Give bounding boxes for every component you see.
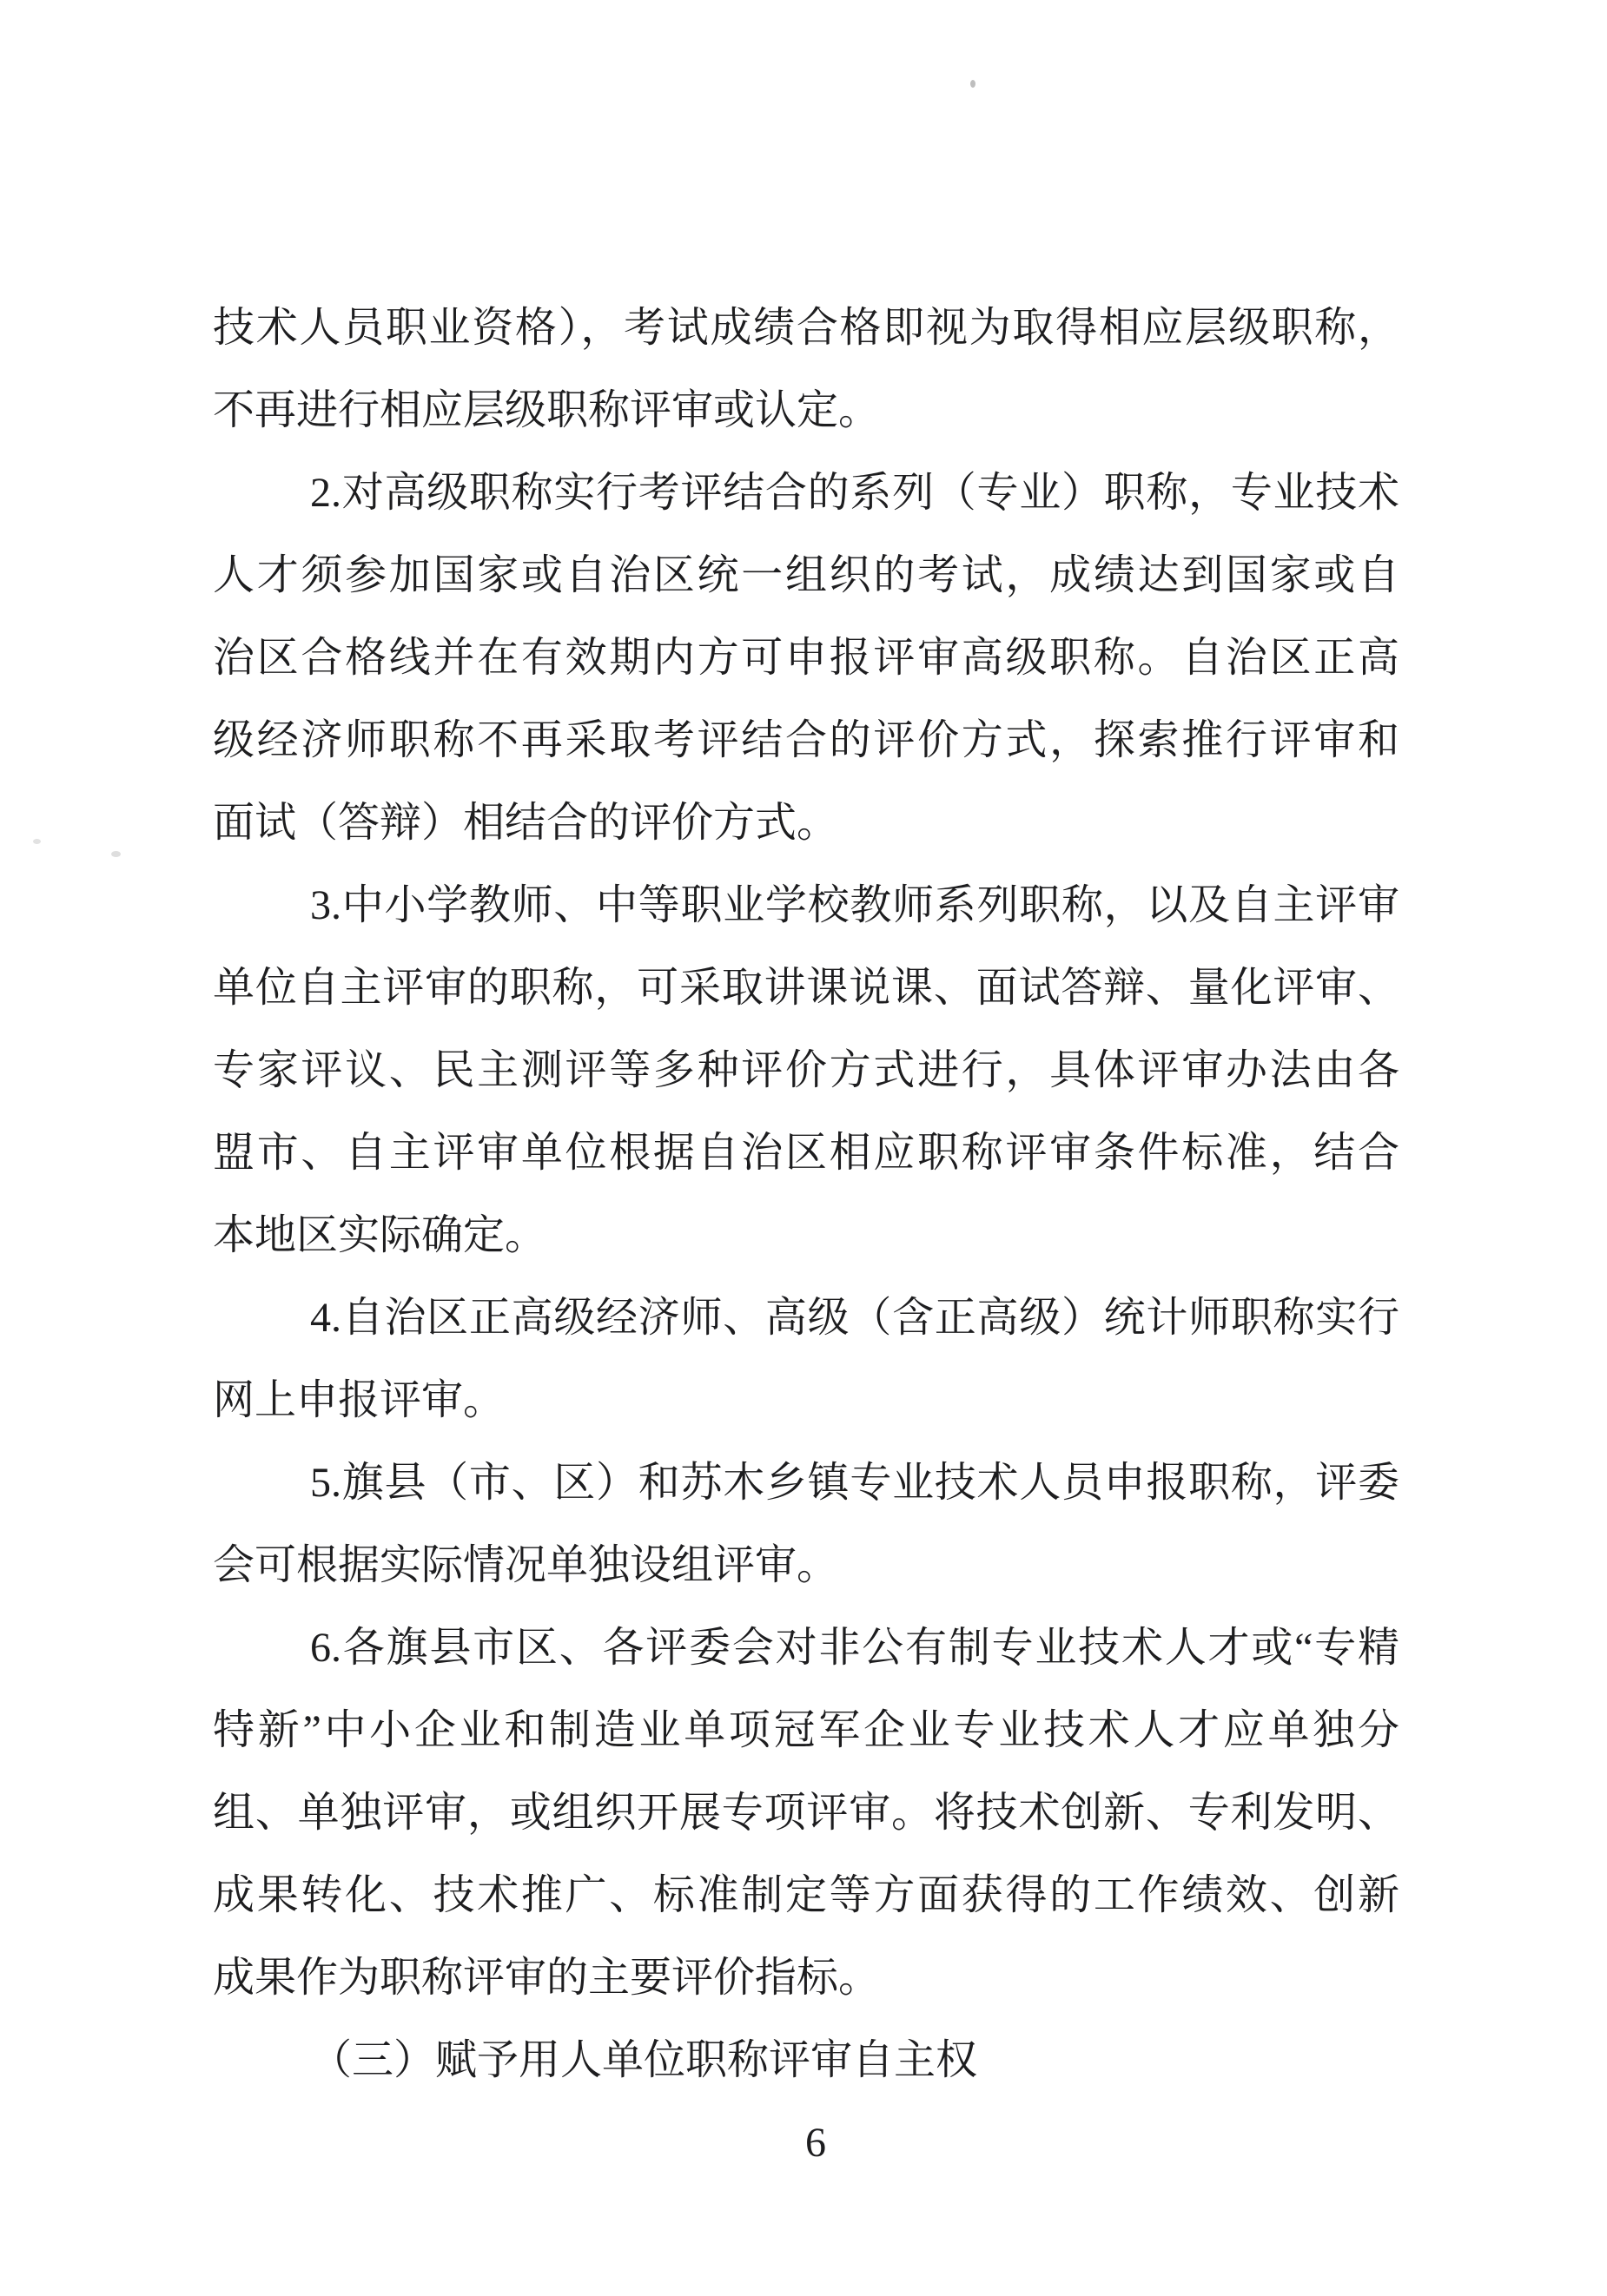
text-line: 特新”中小企业和制造业单项冠军企业专业技术人才应单独分 xyxy=(213,1689,1399,1771)
text-line: 专家评议、民主测评等多种评价方式进行，具体评审办法由各 xyxy=(213,1029,1399,1112)
scan-speck xyxy=(111,851,121,857)
page-number: 6 xyxy=(0,2101,1607,2184)
scan-speck xyxy=(970,80,975,88)
text-line: 3.中小学教师、中等职业学校教师系列职称，以及自主评审 xyxy=(213,864,1399,947)
scan-speck xyxy=(33,839,41,844)
text-line: 网上申报评审。 xyxy=(213,1359,1399,1442)
text-line: 成果转化、技术推广、标准制定等方面获得的工作绩效、创新 xyxy=(213,1854,1399,1936)
text-line: 6.各旗县市区、各评委会对非公有制专业技术人才或“专精 xyxy=(213,1607,1399,1689)
text-line: 5.旗县（市、区）和苏木乡镇专业技术人员申报职称，评委 xyxy=(213,1442,1399,1524)
document-page: 技术人员职业资格），考试成绩合格即视为取得相应层级职称， 不再进行相应层级职称评… xyxy=(0,0,1607,2296)
text-line: 不再进行相应层级职称评审或认定。 xyxy=(213,369,1399,452)
text-line: 单位自主评审的职称，可采取讲课说课、面试答辩、量化评审、 xyxy=(213,947,1399,1029)
text-line: 治区合格线并在有效期内方可申报评审高级职称。自治区正高 xyxy=(213,617,1399,699)
text-line: 2.对高级职称实行考评结合的系列（专业）职称，专业技术 xyxy=(213,452,1399,534)
text-line: 盟市、自主评审单位根据自治区相应职称评审条件标准，结合 xyxy=(213,1112,1399,1194)
text-line: 本地区实际确定。 xyxy=(213,1194,1399,1277)
text-line: 4.自治区正高级经济师、高级（含正高级）统计师职称实行 xyxy=(213,1277,1399,1359)
text-line: 级经济师职称不再采取考评结合的评价方式，探索推行评审和 xyxy=(213,699,1399,782)
text-line: 组、单独评审，或组织开展专项评审。将技术创新、专利发明、 xyxy=(213,1771,1399,1854)
text-line: 技术人员职业资格），考试成绩合格即视为取得相应层级职称， xyxy=(213,287,1399,369)
section-heading-line: （三）赋予用人单位职称评审自主权 xyxy=(213,2019,1399,2101)
text-line: 成果作为职称评审的主要评价指标。 xyxy=(213,1936,1399,2019)
text-line: 人才须参加国家或自治区统一组织的考试，成绩达到国家或自 xyxy=(213,534,1399,617)
text-line: 面试（答辩）相结合的评价方式。 xyxy=(213,782,1399,864)
body-text: 技术人员职业资格），考试成绩合格即视为取得相应层级职称， 不再进行相应层级职称评… xyxy=(213,287,1399,2101)
text-line: 会可根据实际情况单独设组评审。 xyxy=(213,1524,1399,1607)
